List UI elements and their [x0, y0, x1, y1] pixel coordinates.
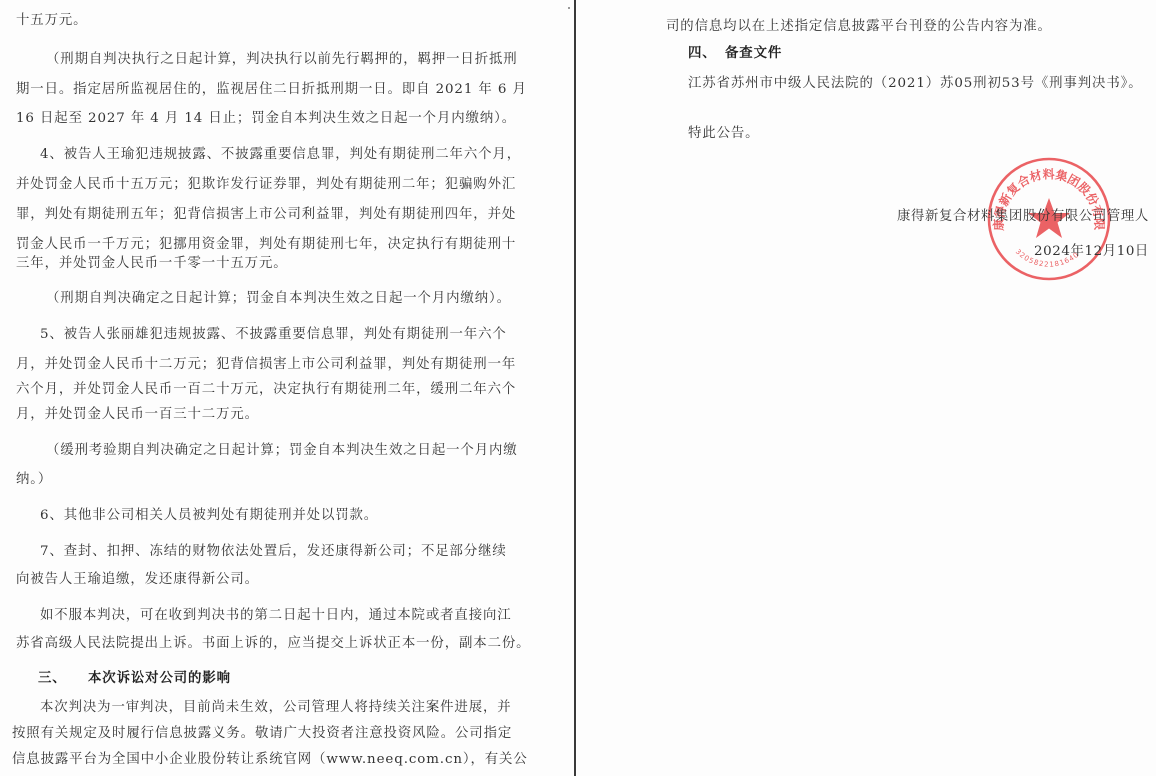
section-four-number: 四、 [688, 45, 717, 61]
paragraph-line: 信息披露平台为全国中小企业股份转让系统官网（www.neeq.com.cn），有… [12, 752, 528, 768]
paragraph-line: 罚金人民币一千万元；犯挪用资金罪，判处有期徒刑七年，决定执行有期徒刑十 [16, 237, 516, 253]
paragraph-line: （缓刑考验期自判决确定之日起计算；罚金自本判决生效之日起一个月内缴 [46, 443, 518, 459]
page-divider [574, 0, 576, 776]
reference-document: 江苏省苏州市中级人民法院的（2021）苏05刑初53号《刑事判决书》。 [688, 76, 1143, 92]
paragraph-line: 向被告人王瑜追缴，发还康得新公司。 [16, 572, 259, 588]
paragraph-line: （刑期自判决执行之日起计算，判决执行以前先行羁押的，羁押一日折抵刑 [46, 52, 518, 68]
section-three-title: 本次诉讼对公司的影响 [88, 670, 231, 686]
section-four-title: 备查文件 [725, 45, 782, 61]
section-three-number: 三、 [38, 670, 67, 686]
paragraph-line: 并处罚金人民币十五万元；犯欺诈发行证券罪，判处有期徒刑二年；犯骗购外汇 [16, 177, 516, 193]
paragraph-line: 如不服本判决，可在收到判决书的第二日起十日内，通过本院或者直接向江 [40, 608, 512, 624]
scan-speck [568, 7, 570, 9]
paragraph-line: 本次判决为一审判决，目前尚未生效，公司管理人将持续关注案件进展，并 [40, 700, 512, 716]
paragraph-line: 6、其他非公司相关人员被判处有期徒刑并处以罚款。 [40, 508, 378, 524]
paragraph-line: 苏省高级人民法院提出上诉。书面上诉的，应当提交上诉状正本一份，副本二份。 [16, 636, 530, 652]
paragraph-line: 六个月，并处罚金人民币一百二十万元，决定执行有期徒刑二年，缓刑二年六个 [16, 382, 516, 398]
paragraph-line: 月，并处罚金人民币十二万元；犯背信损害上市公司利益罪，判处有期徒刑一年 [16, 357, 516, 373]
signatory: 康得新复合材料集团股份有限公司管理人 [897, 205, 1149, 224]
paragraph-line: （刑期自判决确定之日起计算；罚金自本判决生效之日起一个月内缴纳）。 [46, 291, 511, 307]
paragraph-line: 7、查封、扣押、冻结的财物依法处置后，发还康得新公司；不足部分继续 [40, 544, 507, 560]
right-page [577, 0, 1156, 776]
paragraph-line: 4、被告人王瑜犯违规披露、不披露重要信息罪，判处有期徒刑二年六个月， [40, 147, 521, 163]
paragraph-line: 期一日。指定居所监视居住的，监视居住二日折抵刑期一日。即自 2021 年 6 月 [16, 82, 527, 98]
paragraph-line: 罪，判处有期徒刑五年；犯背信损害上市公司利益罪，判处有期徒刑四年，并处 [16, 207, 516, 223]
paragraph-line: 16 日起至 2027 年 4 月 14 日止；罚金自本判决生效之日起一个月内缴… [16, 111, 516, 127]
paragraph-line: 5、被告人张丽雄犯违规披露、不披露重要信息罪，判处有期徒刑一年六个 [40, 327, 507, 343]
paragraph-line: 纳。） [16, 472, 52, 488]
paragraph-line: 十五万元。 [16, 13, 87, 29]
paragraph-line: 三年，并处罚金人民币一千零一十五万元。 [16, 256, 288, 272]
continuation-text: 司的信息均以在上述指定信息披露平台刊登的公告内容为准。 [666, 19, 1052, 35]
paragraph-line: 月，并处罚金人民币一百三十二万元。 [16, 407, 259, 423]
paragraph-line: 按照有关规定及时履行信息披露义务。敬请广大投资者注意投资风险。公司指定 [12, 726, 512, 742]
signature-date: 2024年12月10日 [1034, 240, 1149, 259]
closing-statement: 特此公告。 [688, 126, 759, 142]
